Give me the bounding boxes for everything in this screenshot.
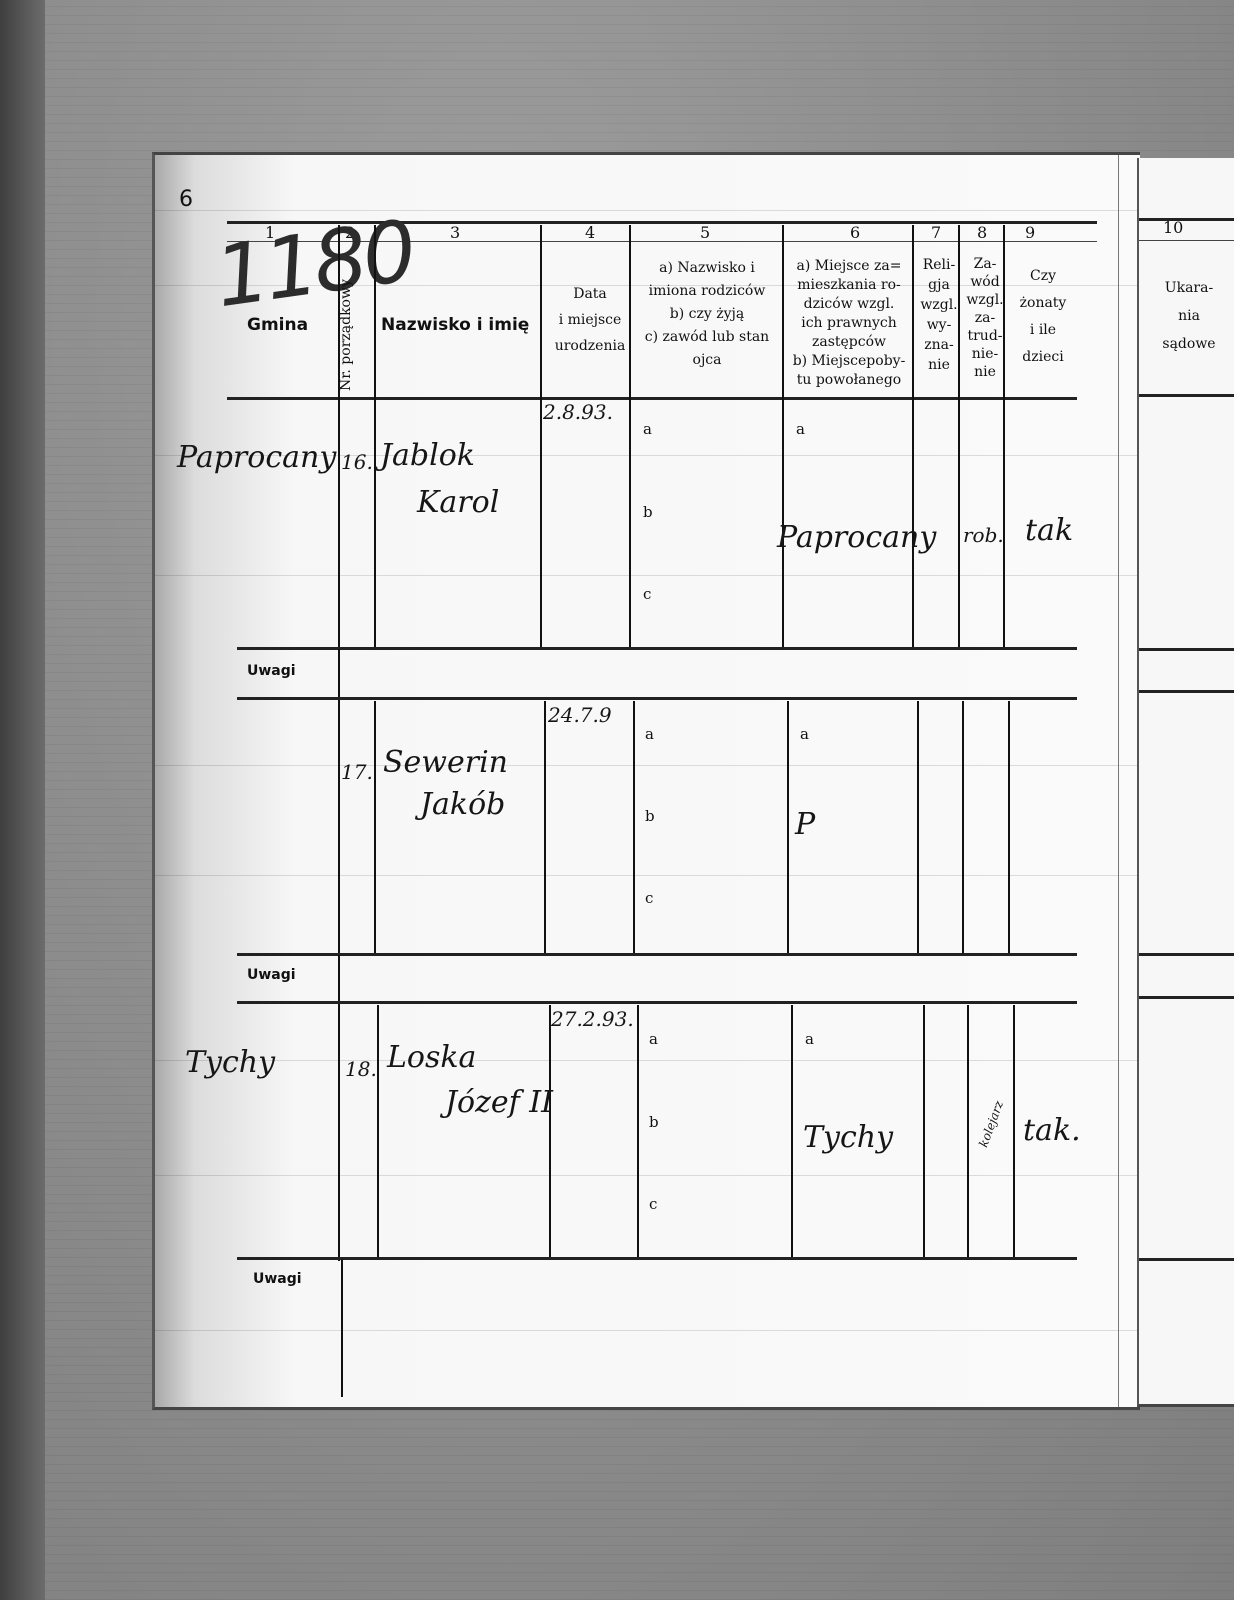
sub-label-b: b (643, 503, 653, 521)
entry-birth-date: 27.2.93. (551, 1007, 634, 1031)
sub-label-a: a (643, 420, 652, 438)
entry-occupation: rob. (963, 523, 1004, 547)
remarks-label: Uwagi (253, 1271, 302, 1287)
header-gmina: Gmina (247, 315, 308, 335)
entry-residence: Paprocany (777, 520, 936, 555)
entry-given-name: Karol (417, 485, 499, 520)
sub-label-c: c (645, 889, 653, 907)
sub-label-a: a (645, 725, 654, 743)
header-nr: Nr. porządkowy (338, 279, 354, 391)
page-number: 6 (179, 187, 193, 212)
sub-label-a: a (649, 1030, 658, 1048)
col-num-9: 9 (1025, 223, 1035, 242)
entry-surname: Loska (387, 1040, 476, 1075)
sub-label-a: a (796, 420, 805, 438)
sub-label-c: c (643, 585, 651, 603)
entry-nr: 16. (341, 450, 373, 474)
entry-given-name: Józef II (445, 1085, 553, 1120)
entry-nr: 18. (345, 1057, 377, 1081)
entry-gmina: Tychy (185, 1045, 275, 1080)
facing-page: 10 Ukara-niasądowe (1137, 158, 1234, 1407)
remarks-label: Uwagi (247, 967, 296, 983)
entry-married: tak. (1023, 1113, 1081, 1148)
col-num-8: 8 (977, 223, 987, 242)
remarks-label: Uwagi (247, 663, 296, 679)
scan-edge-shadow (0, 0, 45, 1600)
header-zonaty: Czyżonatyi iledzieci (1008, 263, 1078, 371)
header-zawod: Za-wódwzgl.za-trud-nie-nie (963, 255, 1007, 381)
col-num-10: 10 (1163, 218, 1183, 237)
header-religja: Reli-gjawzgl.wy-zna-nie (917, 255, 961, 375)
entry-birth-date: 24.7.9 (548, 703, 612, 727)
entry-nr: 17. (341, 760, 373, 784)
col-num-3: 3 (450, 223, 460, 242)
entry-surname: Jablok (380, 438, 475, 473)
sub-label-c: c (649, 1195, 657, 1213)
register-page: 6 1 2 3 4 5 6 7 8 9 1180 Gmina Nr. porzą… (152, 152, 1140, 1410)
col-num-7: 7 (931, 223, 941, 242)
entry-gmina: Paprocany (177, 440, 336, 475)
header-nazwisko: Nazwisko i imię (381, 315, 529, 335)
entry-given-name: Jakób (420, 787, 505, 822)
col-num-5: 5 (700, 223, 710, 242)
col-num-4: 4 (585, 223, 595, 242)
sub-label-b: b (645, 807, 655, 825)
entry-birth-date: 2.8.93. (543, 400, 613, 424)
sub-label-a: a (805, 1030, 814, 1048)
sub-label-a: a (800, 725, 809, 743)
page-fold (1118, 155, 1119, 1407)
header-miejsce-zamieszkania: a) Miejsce za=mieszkania ro-dziców wzgl.… (783, 257, 915, 390)
entry-surname: Sewerin (383, 745, 508, 780)
header-rodzice: a) Nazwisko iimiona rodzicówb) czy żyjąc… (632, 257, 782, 372)
header-data-urodzenia: Datai miejsceurodzenia (545, 285, 635, 355)
header-ukarania: Ukara-niasądowe (1149, 274, 1229, 358)
entry-residence: P (795, 807, 815, 842)
entry-residence: Tychy (803, 1120, 893, 1155)
entry-married: tak (1025, 513, 1073, 548)
entry-occupation: kolejarz (976, 1099, 1006, 1149)
col-num-6: 6 (850, 223, 860, 242)
sub-label-b: b (649, 1113, 659, 1131)
header-bottom-rule (227, 397, 1077, 400)
